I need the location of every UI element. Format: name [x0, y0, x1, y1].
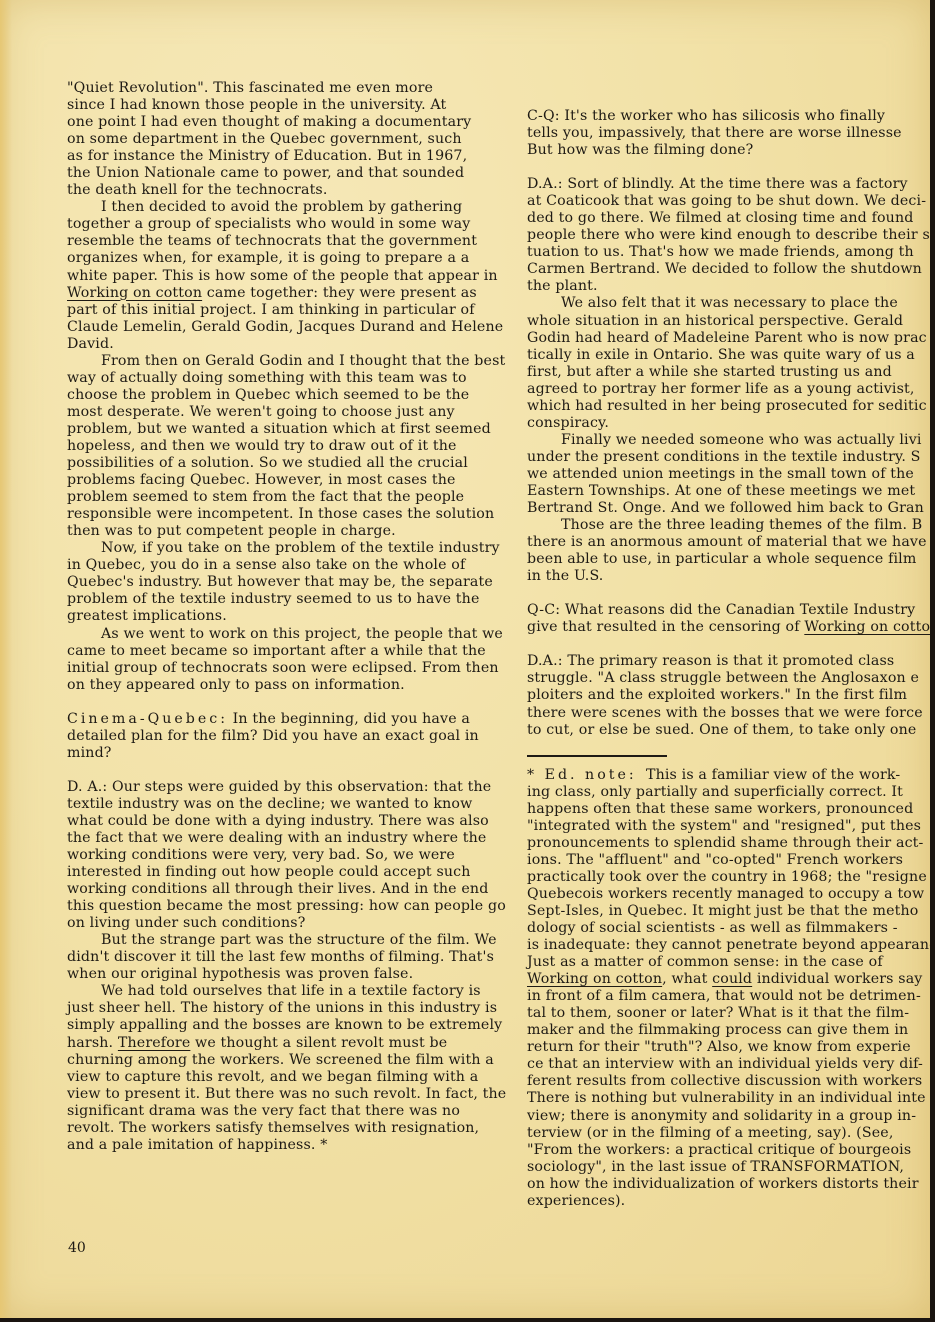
- question-cinema-quebec: Cinema-Quebec: In the beginning, did you…: [67, 711, 507, 762]
- speaker-label: D. A.:: [67, 779, 107, 795]
- paragraph-themes: Those are the three leading themes of th…: [527, 517, 930, 585]
- answer-da-class-struggle: D.A.: The primary reason is that it prom…: [527, 653, 930, 738]
- footnote-label: * Ed. note:: [527, 767, 637, 783]
- paragraph-team: From then on Gerald Godin and I thought …: [67, 353, 507, 541]
- paragraph-historical: We also felt that it was necessary to pl…: [527, 295, 930, 431]
- paragraph-no-revolt: We had told ourselves that life in a tex…: [67, 983, 507, 1153]
- paragraph-finally: Finally we needed someone who was actual…: [527, 432, 930, 517]
- answer-da-blindly: D.A.: Sort of blindly. At the time there…: [527, 176, 930, 295]
- question-qc-censoring: Q-C: What reasons did the Canadian Texti…: [527, 602, 930, 636]
- paragraph-quiet-revolution: "Quiet Revolution". This fascinated me e…: [67, 80, 507, 199]
- film-title: Working on cotton: [527, 971, 662, 987]
- film-title: Working on cotto: [804, 619, 930, 635]
- right-column: C-Q: It's the worker who has silicosis w…: [527, 108, 930, 1210]
- magazine-page: "Quiet Revolution". This fascinated me e…: [0, 0, 930, 1318]
- left-column: "Quiet Revolution". This fascinated me e…: [67, 80, 507, 1154]
- footnote-divider: [527, 755, 667, 757]
- answer-da: D. A.: Our steps were guided by this obs…: [67, 779, 507, 932]
- paragraph-textile-industry: Now, if you take on the problem of the t…: [67, 540, 507, 625]
- editor-footnote: * Ed. note: This is a familiar view of t…: [527, 767, 930, 1210]
- speaker-label: Cinema-Quebec:: [67, 711, 228, 727]
- page-number: 40: [68, 1240, 86, 1256]
- paragraph-structure: But the strange part was the structure o…: [67, 932, 507, 983]
- paragraph-people: As we went to work on this project, the …: [67, 626, 507, 694]
- film-title: Working on cotton: [67, 285, 202, 301]
- paragraph-specialists: I then decided to avoid the problem by g…: [67, 199, 507, 352]
- question-cq-filming: C-Q: It's the worker who has silicosis w…: [527, 108, 930, 159]
